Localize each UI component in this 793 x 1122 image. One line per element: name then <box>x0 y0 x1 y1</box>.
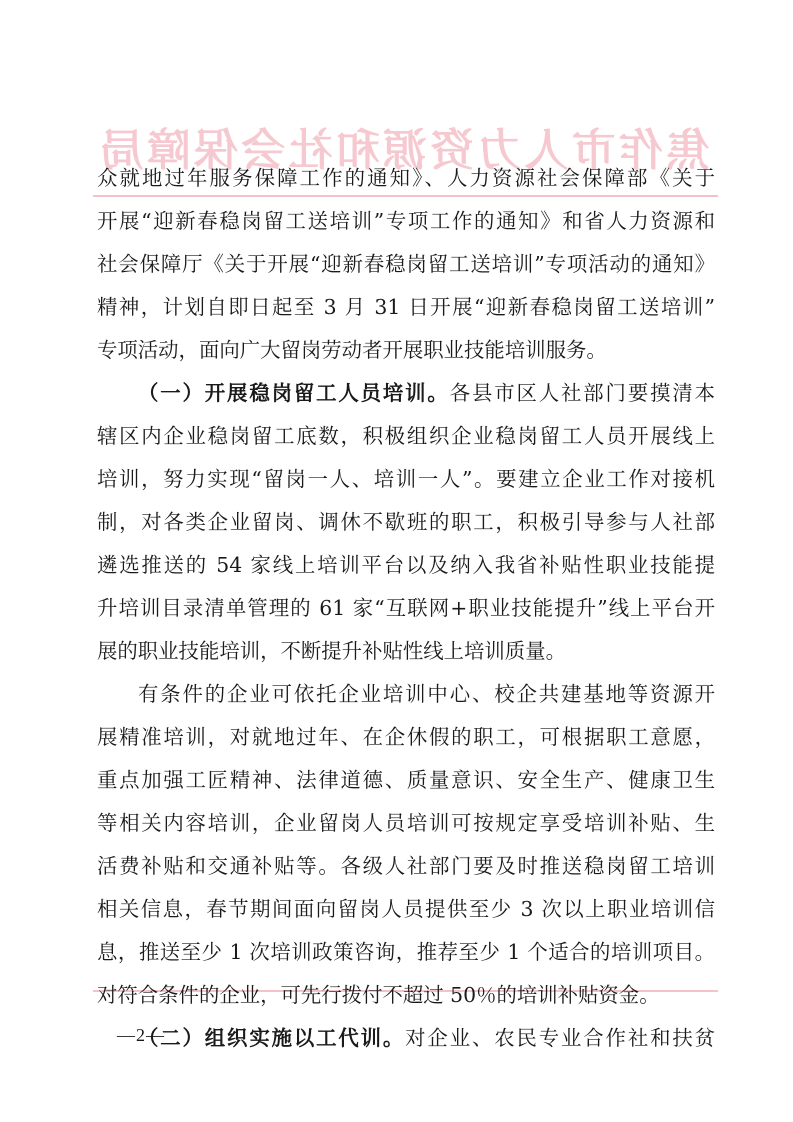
text-line: 展精准培训，对就地过年、在企休假的职工，可根据职工意愿， <box>97 716 715 759</box>
text-line: 相关信息，春节期间面向留岗人员提供至少 3 次以上职业培训信 <box>97 888 715 931</box>
text-line: 遴选推送的 54 家线上培训平台以及纳入我省补贴性职业技能提 <box>97 544 715 587</box>
text-line: 升培训目录清单管理的 61 家“互联网+职业技能提升”线上平台开 <box>97 587 715 630</box>
paragraph-4: （二）组织实施以工代训。对企业、农民专业合作社和扶贫 <box>97 1017 715 1060</box>
text-line: 众就地过年服务保障工作的通知》、人力资源社会保障部《关于 <box>97 157 715 200</box>
document-body: 众就地过年服务保障工作的通知》、人力资源社会保障部《关于 开展“迎新春稳岗留工送… <box>97 157 715 1060</box>
text-line: 展的职业技能培训，不断提升补贴性线上培训质量。 <box>97 630 715 673</box>
text-line: 等相关内容培训，企业留岗人员培训可按规定享受培训补贴、生 <box>97 802 715 845</box>
text-line: （二）组织实施以工代训。对企业、农民专业合作社和扶贫 <box>97 1017 715 1060</box>
section-heading: （一）开展稳岗留工人员培训。 <box>138 381 450 405</box>
text-line: 重点加强工匠精神、法律道德、质量意识、安全生产、健康卫生 <box>97 759 715 802</box>
text-line: 有条件的企业可依托企业培训中心、校企共建基地等资源开 <box>97 673 715 716</box>
text-line: （一）开展稳岗留工人员培训。各县市区人社部门要摸清本 <box>97 372 715 415</box>
text-line: 开展“迎新春稳岗留工送培训”专项工作的通知》和省人力资源和 <box>97 200 715 243</box>
text-line: 培训，努力实现“留岗一人、培训一人”。要建立企业工作对接机 <box>97 458 715 501</box>
text-line: 社会保障厅《关于开展“迎新春稳岗留工送培训”专项活动的通知》 <box>97 243 715 286</box>
text-line: 活费补贴和交通补贴等。各级人社部门要及时推送稳岗留工培训 <box>97 845 715 888</box>
paragraph-3: 有条件的企业可依托企业培训中心、校企共建基地等资源开 展精准培训，对就地过年、在… <box>97 673 715 1017</box>
paragraph-2: （一）开展稳岗留工人员培训。各县市区人社部门要摸清本 辖区内企业稳岗留工底数，积… <box>97 372 715 673</box>
text-run: 对企业、农民专业合作社和扶贫 <box>405 1026 715 1050</box>
section-heading: （二）组织实施以工代训。 <box>138 1026 405 1050</box>
text-line: 制，对各类企业留岗、调休不歇班的职工，积极引导参与人社部 <box>97 501 715 544</box>
paragraph-1: 众就地过年服务保障工作的通知》、人力资源社会保障部《关于 开展“迎新春稳岗留工送… <box>97 157 715 372</box>
page-number: —2— <box>117 1025 165 1046</box>
text-line: 辖区内企业稳岗留工底数，积极组织企业稳岗留工人员开展线上 <box>97 415 715 458</box>
text-line: 息，推送至少 1 次培训政策咨询，推荐至少 1 个适合的培训项目。 <box>97 931 715 974</box>
text-line: 精神，计划自即日起至 3 月 31 日开展“迎新春稳岗留工送培训” <box>97 286 715 329</box>
text-line: 对符合条件的企业，可先行拨付不超过 50％的培训补贴资金。 <box>97 974 715 1017</box>
text-run: 各县市区人社部门要摸清本 <box>450 381 715 405</box>
text-line: 专项活动，面向广大留岗劳动者开展职业技能培训服务。 <box>97 329 715 372</box>
